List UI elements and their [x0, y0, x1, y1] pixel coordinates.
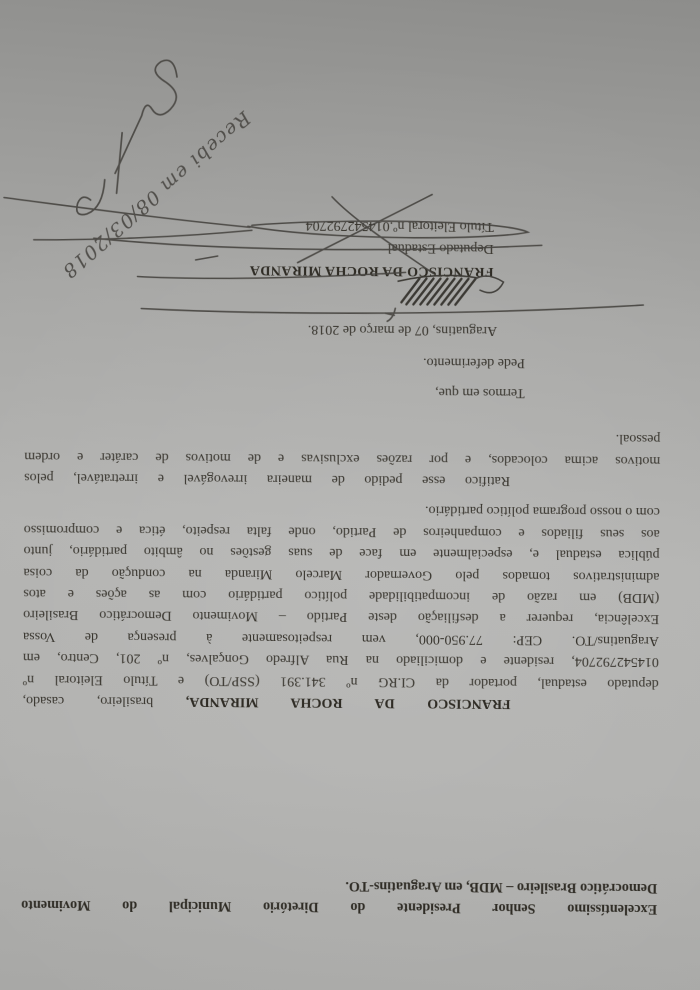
addressee-line-1: Excelentíssimo Senhor Presidente do Dire… [21, 894, 657, 919]
signature-block: FRANCISCO DA ROCHA MIRANDA Deputado Esta… [249, 213, 494, 282]
paragraph-1-first-line: FRANCISCO DA ROCHA MIRANDA, brasileiro, … [22, 689, 658, 715]
paragraph-line: (MDB) em razão de incompatibilidade polí… [23, 582, 659, 608]
signature-scribble-icon [339, 271, 489, 312]
paragraph-line: aos seus filiados e companheiros de Part… [24, 518, 660, 544]
paragraph-line: Araguatins/TO. CEP: 77.950-000, vem resp… [23, 625, 659, 651]
paragraph-line: Ratifico esse pedido de maneira irrevogá… [24, 466, 660, 492]
document-photo: Excelentíssimo Senhor Presidente do Dire… [0, 0, 700, 990]
signatory-voter-title: Título Eleitoral nº.014542792704 [250, 213, 494, 237]
sender-name-bold: FRANCISCO DA ROCHA MIRANDA, [186, 694, 511, 711]
body-paragraph-1: FRANCISCO DA ROCHA MIRANDA, brasileiro, … [22, 497, 659, 715]
paragraph-1-lead-rest: brasileiro, casado, [23, 693, 186, 709]
paragraph-line: motivos acima colocados, e por razões ex… [24, 445, 660, 471]
body-paragraph-2: Ratifico esse pedido de maneira irrevogá… [24, 424, 660, 493]
closing-request: Pede deferimento. [423, 354, 525, 371]
letter-sheet: Excelentíssimo Senhor Presidente do Dire… [0, 0, 700, 990]
closing-date-place: Araguatins, 07 de março de 2018. [308, 321, 497, 338]
paragraph-1-lines: deputado estadual, portador da CI.RG nº … [23, 497, 660, 694]
letter-addressee: Excelentíssimo Senhor Presidente do Dire… [21, 873, 657, 919]
paragraph-2-lines: Ratifico esse pedido de maneira irrevogá… [24, 424, 660, 493]
paragraph-line: administrativos tomados pelo Governador … [23, 561, 659, 587]
paragraph-line: deputado estadual, portador da CI.RG nº … [23, 668, 659, 694]
closing-terms: Termos em que, [435, 384, 525, 401]
signatory-role: Deputado Estadual [250, 235, 494, 259]
handwritten-receipt-note: Recebi em 08/03/2018 [0, 33, 255, 321]
